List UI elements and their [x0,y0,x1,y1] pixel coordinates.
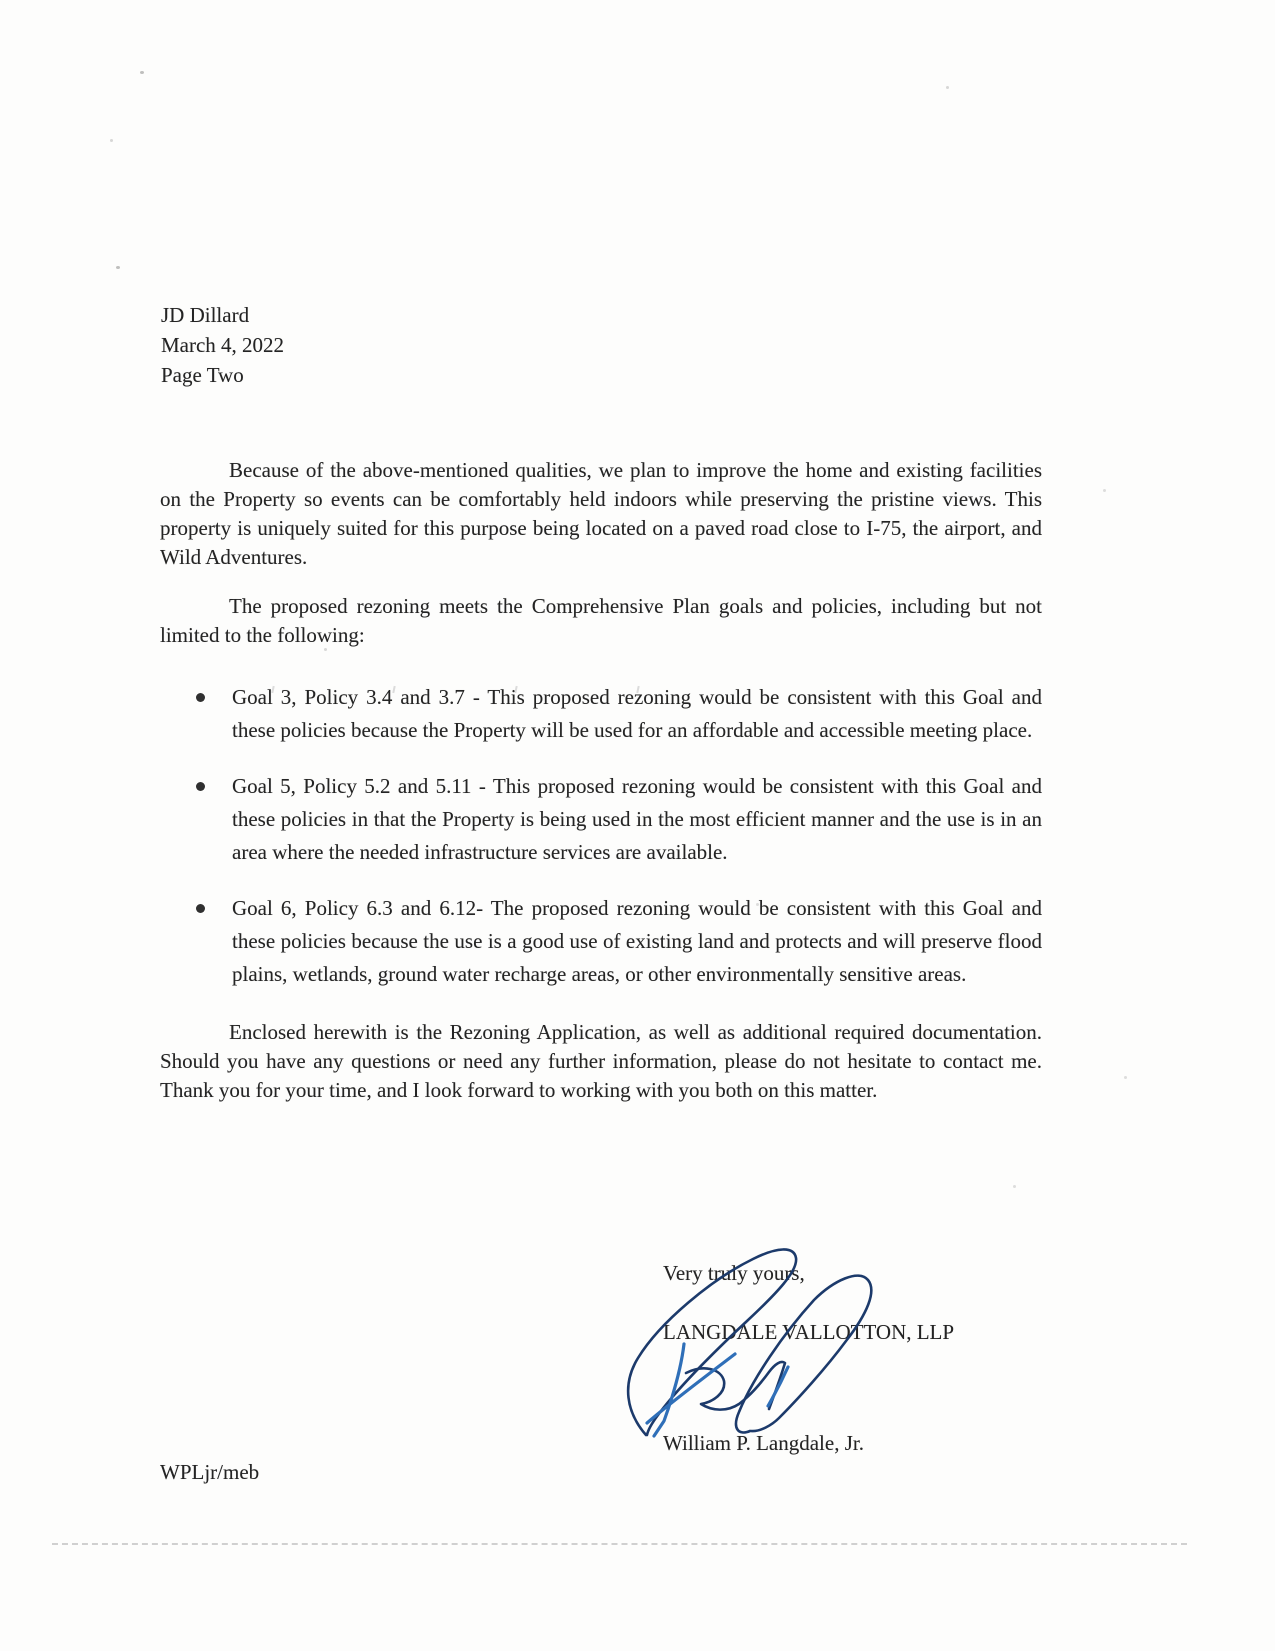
scan-speck [110,139,113,142]
letter-header: JD Dillard March 4, 2022 Page Two [161,300,284,390]
scan-speck [116,266,120,269]
list-item-goal-3: Goal 3, Policy 3.4 and 3.7 - This propos… [160,681,1042,747]
bullet-icon [196,904,205,913]
goal-5-text: Goal 5, Policy 5.2 and 5.11 - This propo… [232,774,1042,864]
goal-3-text: Goal 3, Policy 3.4 and 3.7 - This propos… [232,685,1042,742]
firm-name: LANGDALE VALLOTTON, LLP [663,1320,954,1345]
list-item-goal-5: Goal 5, Policy 5.2 and 5.11 - This propo… [160,770,1042,869]
paragraph-rezoning-intro: The proposed rezoning meets the Comprehe… [160,592,1042,650]
signer-name: William P. Langdale, Jr. [663,1431,864,1456]
bullet-icon [196,693,205,702]
letter-page: JD Dillard March 4, 2022 Page Two Becaus… [0,0,1275,1651]
scan-speck [1124,1076,1127,1079]
addressee-name: JD Dillard [161,300,284,330]
scan-speck [1103,489,1106,492]
scan-edge-line [52,1543,1187,1545]
page-number-label: Page Two [161,360,284,390]
letter-body: Because of the above-mentioned qualities… [160,456,1042,1105]
scan-speck [1013,1185,1016,1188]
paragraph-improvements: Because of the above-mentioned qualities… [160,456,1042,572]
paragraph-closing: Enclosed herewith is the Rezoning Applic… [160,1018,1042,1105]
bullet-icon [196,782,205,791]
goal-6-text: Goal 6, Policy 6.3 and 6.12- The propose… [232,896,1042,986]
scan-speck [324,648,327,651]
scan-speck [756,903,759,906]
reference-initials: WPLjr/meb [160,1460,259,1485]
valediction: Very truly yours, [663,1261,805,1286]
scan-speck [140,71,144,74]
scan-speck [946,86,949,89]
list-item-goal-6: Goal 6, Policy 6.3 and 6.12- The propose… [160,892,1042,991]
goal-bullet-list: Goal 3, Policy 3.4 and 3.7 - This propos… [160,681,1042,991]
letter-date: March 4, 2022 [161,330,284,360]
